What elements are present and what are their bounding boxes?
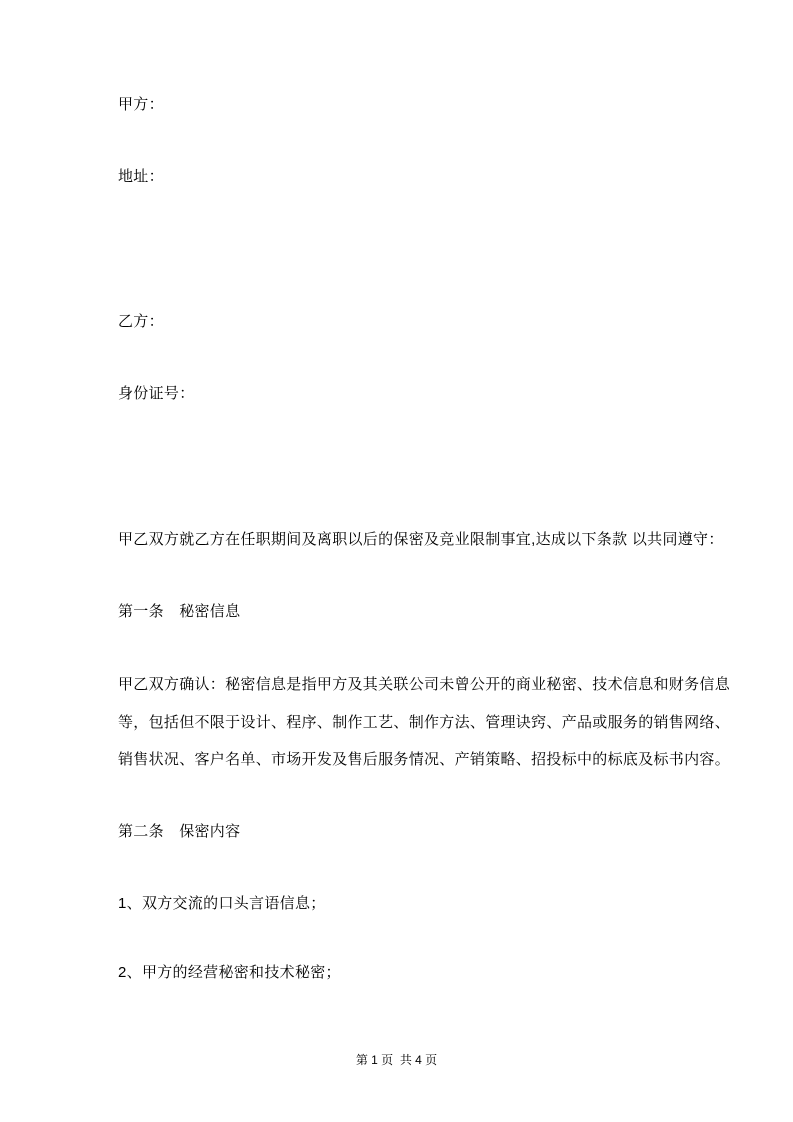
- party-a-label: 甲方：: [118, 86, 164, 124]
- article-1-body: 甲乙双方确认：秘密信息是指甲方及其关联公司未曾公开的商业秘密、技术信息和财务信息…: [118, 666, 730, 779]
- preamble-paragraph: 甲乙双方就乙方在任职期间及离职以后的保密及竞业限制事宜,达成以下条款 以共同遵守…: [118, 521, 724, 559]
- party-b-label: 乙方：: [118, 303, 164, 341]
- article-1-heading: 第一条 秘密信息: [118, 593, 240, 631]
- article-1-body-line-1: 甲乙双方确认：秘密信息是指甲方及其关联公司未曾公开的商业秘密、技术信息和财务信息: [118, 666, 730, 704]
- article-1-body-line-2: 等，包括但不限于设计、程序、制作工艺、制作方法、管理诀窍、产品或服务的销售网络、: [118, 704, 730, 742]
- article-1-body-line-3: 销售状况、客户名单、市场开发及售后服务情况、产销策略、招投标中的标底及标书内容。: [118, 741, 730, 779]
- document-page: 甲方： 地址： 乙方： 身份证号： 甲乙双方就乙方在任职期间及离职以后的保密及竞…: [0, 0, 793, 1122]
- id-number-label: 身份证号：: [118, 375, 195, 413]
- address-label: 地址：: [118, 158, 164, 196]
- article-2-item-2: 2、甲方的经营秘密和技术秘密；: [118, 954, 341, 992]
- page-number-footer: 第 1 页 共 4 页: [0, 1051, 793, 1069]
- article-2-heading: 第二条 保密内容: [118, 813, 240, 851]
- article-2-item-1: 1、双方交流的口头言语信息；: [118, 885, 326, 923]
